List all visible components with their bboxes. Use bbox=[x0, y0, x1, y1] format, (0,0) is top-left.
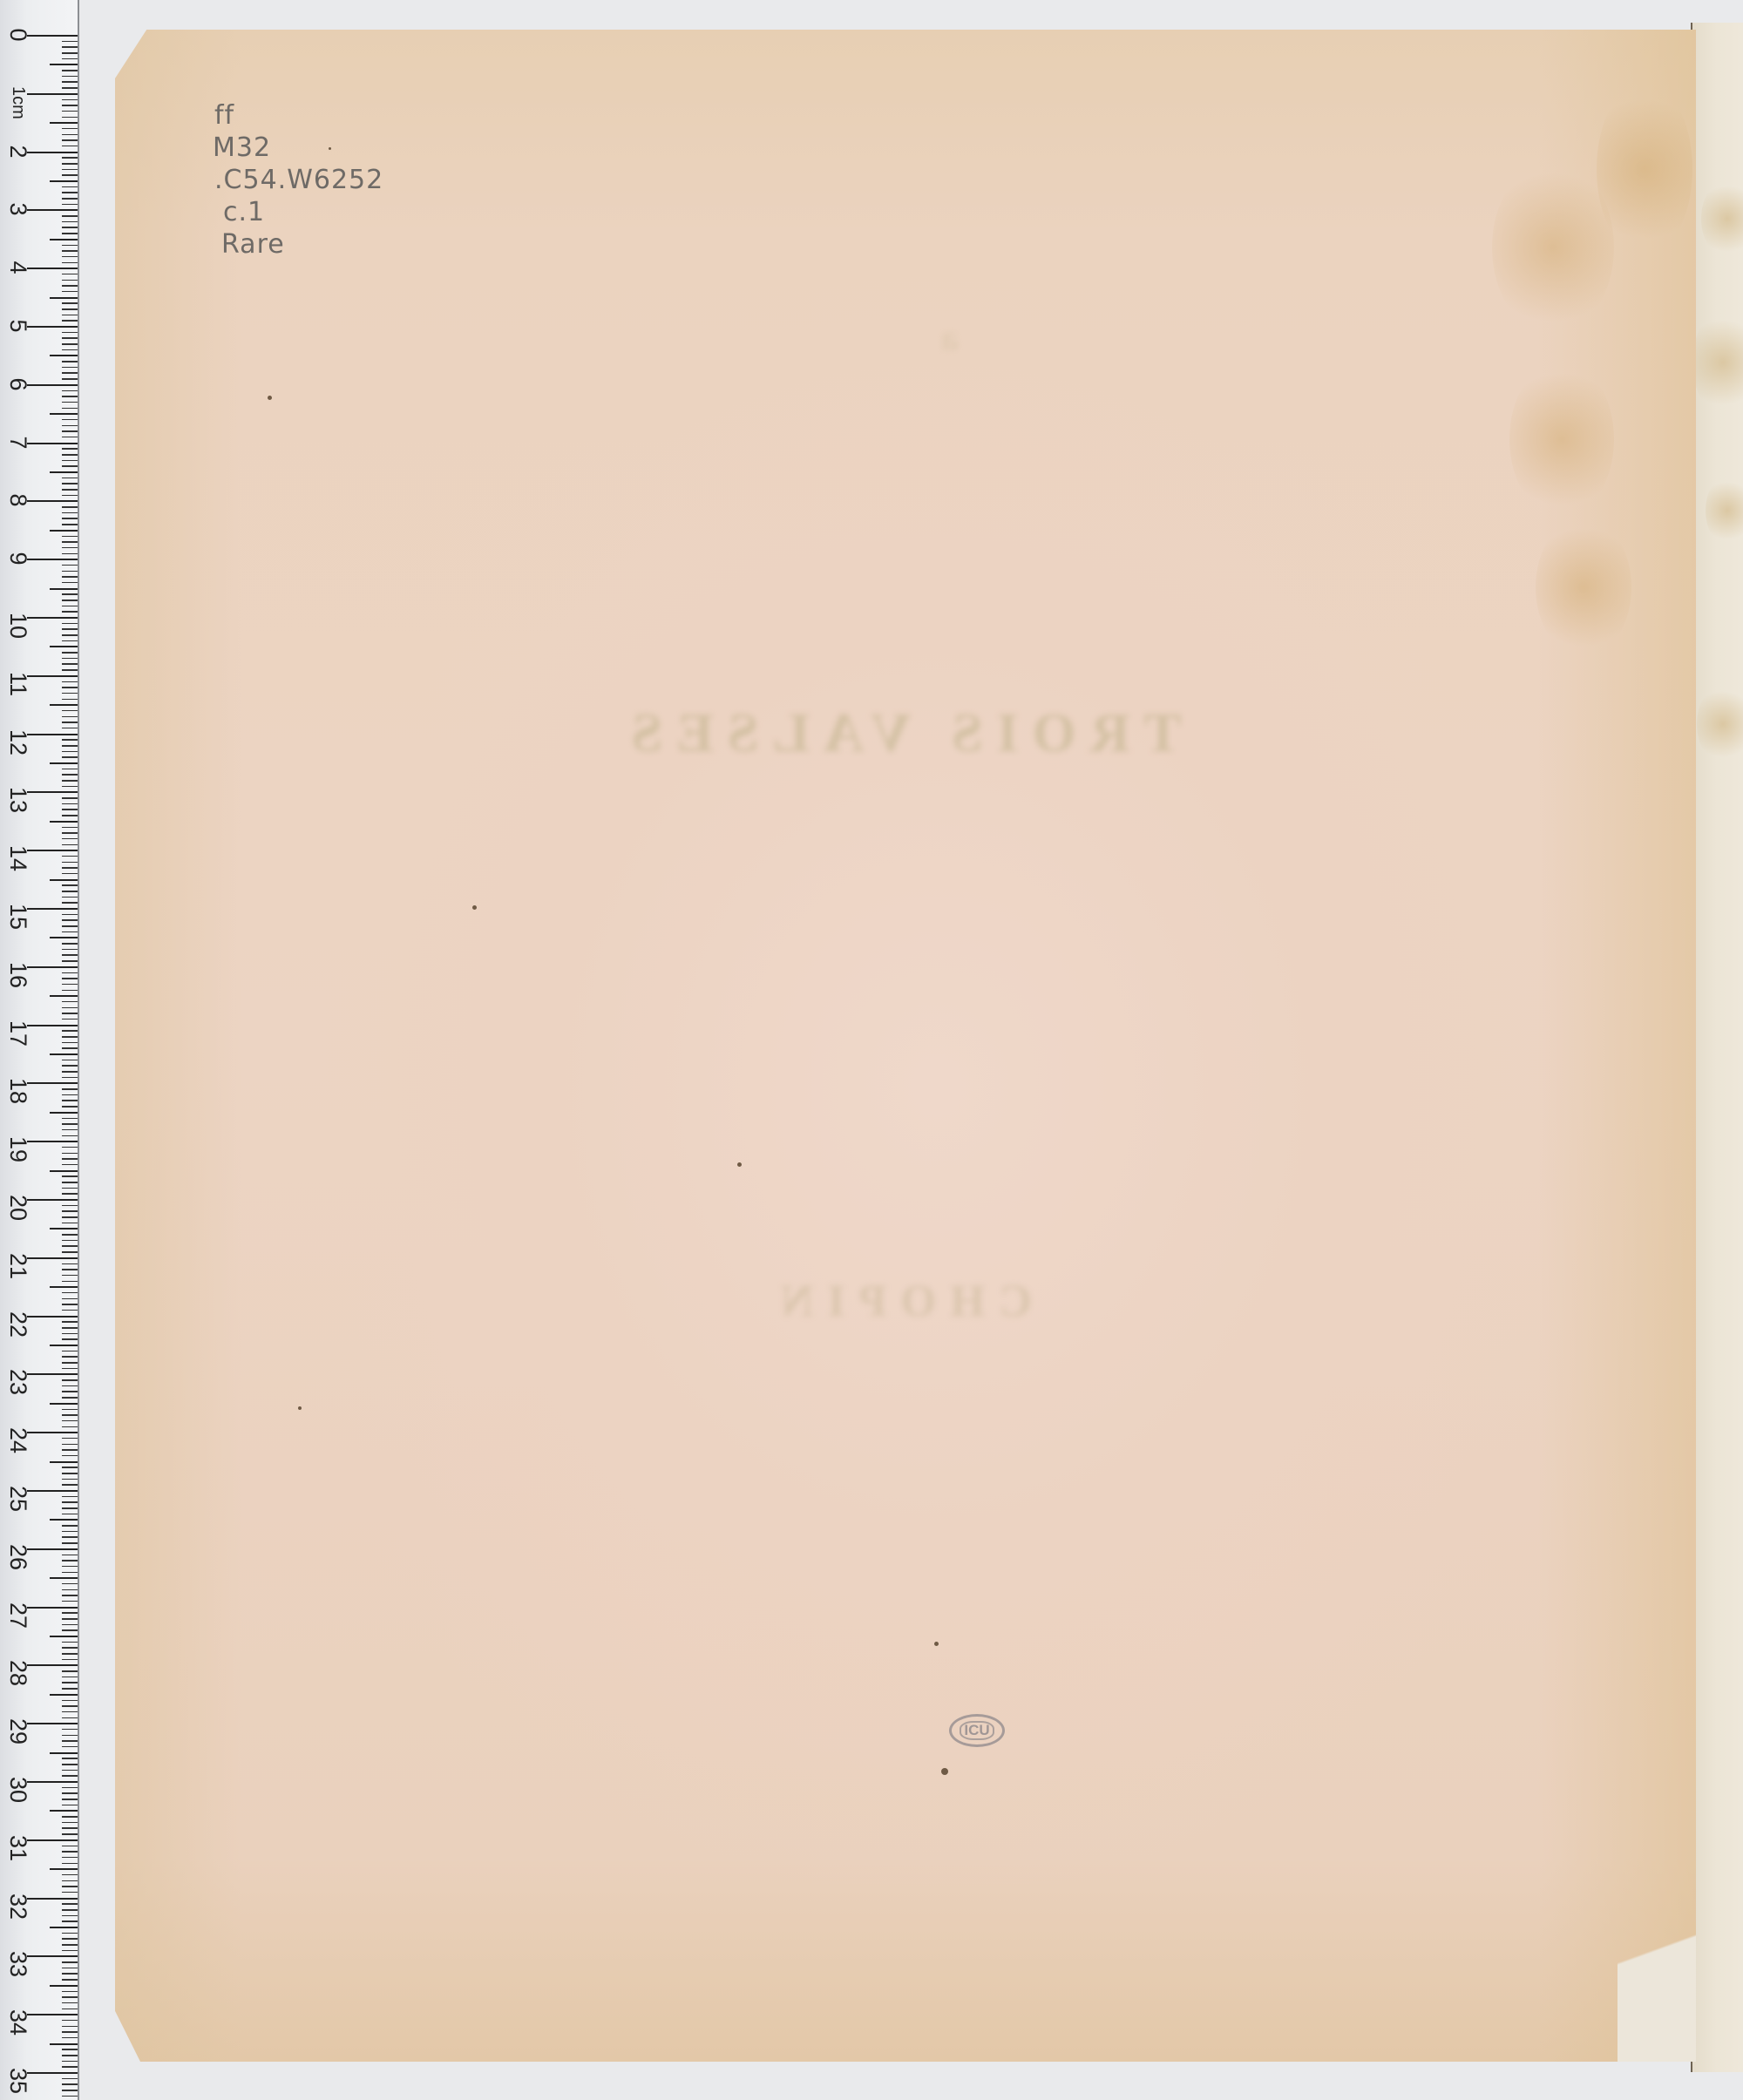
ruler-tick bbox=[62, 553, 78, 555]
ruler-label: 34 bbox=[5, 2009, 31, 2036]
ruler-tick bbox=[62, 1758, 78, 1759]
document-page: ff M32 .C54.W6252 c.1 Rare a TROIS VALSE… bbox=[115, 30, 1696, 2062]
ruler-tick bbox=[50, 762, 78, 764]
ruler-tick bbox=[62, 1484, 78, 1486]
ruler-tick bbox=[62, 990, 78, 992]
ruler-tick bbox=[62, 1833, 78, 1835]
ruler-tick bbox=[62, 1414, 78, 1416]
ruler-tick bbox=[62, 437, 78, 438]
handwritten-call-number: ff M32 .C54.W6252 c.1 Rare bbox=[213, 99, 383, 261]
call-number-line-2: M32 bbox=[213, 132, 383, 164]
ruler-tick bbox=[62, 1385, 78, 1387]
ruler-tick bbox=[62, 163, 78, 165]
ruler-tick bbox=[27, 1607, 78, 1609]
ruler-tick bbox=[62, 425, 78, 427]
ruler-tick bbox=[62, 1874, 78, 1876]
ruler-tick bbox=[62, 919, 78, 921]
ruler-tick bbox=[62, 390, 78, 392]
ruler-tick bbox=[62, 512, 78, 514]
ruler-tick bbox=[50, 1403, 78, 1405]
ruler-tick bbox=[62, 972, 78, 974]
ruler-tick bbox=[62, 1560, 78, 1561]
ruler-tick bbox=[27, 1898, 78, 1900]
ruler-tick bbox=[62, 2031, 78, 2033]
ruler-tick bbox=[27, 1082, 78, 1084]
ruler-tick bbox=[62, 1700, 78, 1702]
ruler-tick bbox=[62, 571, 78, 572]
ruler-tick bbox=[62, 1536, 78, 1538]
ruler-tick bbox=[62, 2083, 78, 2085]
ruler-tick bbox=[62, 465, 78, 467]
ruler-tick bbox=[50, 471, 78, 473]
ruler-label: 24 bbox=[5, 1427, 31, 1453]
ruler-tick bbox=[62, 867, 78, 869]
ruler-tick bbox=[62, 192, 78, 193]
ruler-tick bbox=[62, 954, 78, 956]
ruler-tick bbox=[62, 1275, 78, 1277]
ruler-label: 27 bbox=[5, 1602, 31, 1629]
ruler-tick bbox=[62, 1188, 78, 1189]
ruler-label: 15 bbox=[5, 904, 31, 930]
ruler-tick bbox=[62, 1362, 78, 1364]
ruler-label: 11 bbox=[5, 671, 31, 697]
ruler-tick bbox=[62, 1979, 78, 1981]
ruler-tick bbox=[62, 565, 78, 566]
ruler-tick bbox=[62, 1135, 78, 1137]
ruler-tick bbox=[27, 617, 78, 619]
ruler-tick bbox=[62, 786, 78, 788]
ruler-tick bbox=[62, 2055, 78, 2056]
ruler-tick bbox=[62, 1240, 78, 1242]
ruler-tick bbox=[62, 1653, 78, 1655]
ruler-tick bbox=[62, 1968, 78, 1969]
call-number-line-4: c.1 bbox=[223, 196, 383, 228]
ruler-tick bbox=[27, 326, 78, 328]
ruler-tick bbox=[27, 1025, 78, 1026]
ruler-tick bbox=[62, 716, 78, 718]
ruler-tick bbox=[62, 1310, 78, 1311]
ruler-label: 19 bbox=[5, 1136, 31, 1162]
ruler-tick bbox=[62, 489, 78, 491]
ruler-tick bbox=[62, 361, 78, 362]
ruler-tick bbox=[62, 1449, 78, 1451]
ruler-tick bbox=[62, 221, 78, 223]
ruler-tick bbox=[27, 1257, 78, 1259]
ruler-tick bbox=[50, 1461, 78, 1463]
ruler-tick bbox=[62, 1013, 78, 1014]
ruler-tick bbox=[62, 1426, 78, 1428]
ruler-tick bbox=[62, 1822, 78, 1824]
ruler-tick bbox=[62, 1321, 78, 1323]
ruler-tick bbox=[62, 134, 78, 136]
ruler-tick bbox=[62, 1175, 78, 1177]
ruler-tick bbox=[62, 478, 78, 479]
ruler-tick bbox=[62, 1799, 78, 1800]
ruler-tick bbox=[50, 995, 78, 997]
ruler-label: 30 bbox=[5, 1777, 31, 1803]
ruler-tick bbox=[27, 559, 78, 560]
ruler-tick bbox=[62, 367, 78, 369]
ruler-tick bbox=[62, 1612, 78, 1614]
ruler-tick bbox=[62, 1298, 78, 1300]
ruler-tick bbox=[62, 1938, 78, 1940]
ruler-tick bbox=[62, 81, 78, 83]
ruler-tick bbox=[62, 925, 78, 927]
ruler-tick bbox=[62, 576, 78, 578]
ruler-tick bbox=[62, 2009, 78, 2010]
ruler-tick bbox=[62, 1589, 78, 1591]
ruler-tick bbox=[62, 157, 78, 159]
ruler-tick bbox=[50, 646, 78, 647]
ruler-tick bbox=[62, 832, 78, 834]
ruler-tick bbox=[62, 1682, 78, 1683]
ruler-tick bbox=[62, 1210, 78, 1212]
ruler-tick bbox=[27, 734, 78, 735]
ruler-tick bbox=[62, 1903, 78, 1905]
ruler-tick bbox=[50, 239, 78, 240]
ruler-tick bbox=[62, 1950, 78, 1952]
ruler-tick bbox=[62, 1775, 78, 1777]
ruler-tick bbox=[62, 483, 78, 484]
ruler-tick bbox=[62, 547, 78, 549]
library-stamp-text: ICU bbox=[960, 1721, 994, 1740]
ruler-tick bbox=[62, 960, 78, 962]
ruler-label: 26 bbox=[5, 1544, 31, 1570]
ruler-tick bbox=[62, 1042, 78, 1044]
ruler-tick bbox=[62, 838, 78, 840]
ruler-tick bbox=[62, 1618, 78, 1620]
ruler-tick bbox=[62, 1583, 78, 1585]
ruler-tick bbox=[62, 87, 78, 89]
ruler-tick bbox=[62, 506, 78, 508]
ruler-tick bbox=[62, 1036, 78, 1038]
ruler-tick bbox=[62, 408, 78, 410]
ruler-tick bbox=[62, 1065, 78, 1067]
ruler-tick bbox=[62, 1944, 78, 1946]
ruler-tick bbox=[50, 1228, 78, 1230]
ruler-tick bbox=[27, 675, 78, 677]
ruler-tick bbox=[62, 844, 78, 846]
ruler-tick bbox=[50, 297, 78, 299]
ruler-tick bbox=[62, 693, 78, 694]
ruler-tick bbox=[62, 611, 78, 613]
ruler-tick bbox=[62, 1857, 78, 1859]
ruler-tick bbox=[50, 355, 78, 356]
ruler-tick bbox=[62, 1263, 78, 1265]
ruler-label: 10 bbox=[5, 613, 31, 639]
ruler-tick bbox=[62, 856, 78, 857]
ruler-tick bbox=[62, 2090, 78, 2091]
ruler-tick bbox=[62, 862, 78, 864]
ruler-tick bbox=[62, 536, 78, 538]
ruler-tick bbox=[62, 1920, 78, 1922]
ruler-tick bbox=[27, 791, 78, 793]
ruler-tick bbox=[62, 1060, 78, 1061]
ruler-label: 8 bbox=[5, 487, 31, 513]
ruler-tick bbox=[62, 640, 78, 642]
ruler-tick bbox=[62, 1071, 78, 1073]
ruler-tick bbox=[62, 2049, 78, 2050]
call-number-line-3: .C54.W6252 bbox=[214, 164, 383, 196]
ruler-tick bbox=[62, 1892, 78, 1893]
ruler-label: 16 bbox=[5, 962, 31, 988]
ruler-tick bbox=[62, 774, 78, 776]
ruler-tick bbox=[50, 1345, 78, 1346]
ruler-label: 20 bbox=[5, 1195, 31, 1221]
ruler-label: 12 bbox=[5, 729, 31, 755]
ruler-tick bbox=[62, 419, 78, 421]
call-number-line-5: Rare bbox=[221, 228, 383, 261]
ruler-tick bbox=[62, 1251, 78, 1253]
ruler-tick bbox=[62, 658, 78, 660]
ruler-tick bbox=[62, 687, 78, 688]
ruler-tick bbox=[27, 1781, 78, 1783]
ruler-label: 13 bbox=[5, 787, 31, 813]
ruler-tick bbox=[62, 815, 78, 816]
ruler-label: 18 bbox=[5, 1078, 31, 1104]
ruler-tick bbox=[62, 1746, 78, 1748]
ruler-tick bbox=[50, 1752, 78, 1754]
ruler-tick bbox=[62, 1118, 78, 1120]
ruler-tick bbox=[62, 1007, 78, 1009]
worn-corner bbox=[1618, 1835, 1696, 2062]
ruler-label: 31 bbox=[5, 1835, 31, 1861]
ruler-tick bbox=[62, 1338, 78, 1340]
ruler-tick bbox=[62, 1717, 78, 1719]
ruler-tick bbox=[62, 1356, 78, 1358]
ruler-tick bbox=[62, 1705, 78, 1707]
ruler-tick bbox=[62, 233, 78, 234]
ruler-tick bbox=[62, 593, 78, 595]
ruler-tick bbox=[62, 245, 78, 247]
ruler-tick bbox=[62, 1379, 78, 1381]
ruler-tick bbox=[62, 117, 78, 119]
ruler-tick bbox=[62, 1991, 78, 1993]
ruler-tick bbox=[62, 448, 78, 450]
ruler-label: 4 bbox=[5, 254, 31, 281]
ruler-tick bbox=[62, 378, 78, 380]
ruler-tick bbox=[62, 302, 78, 304]
ruler-tick bbox=[62, 1961, 78, 1963]
ruler-tick bbox=[62, 105, 78, 106]
ruler-tick bbox=[62, 1205, 78, 1207]
ruler-tick bbox=[62, 70, 78, 71]
ruler-tick bbox=[62, 1688, 78, 1690]
ruler-tick bbox=[62, 262, 78, 264]
ruler-tick bbox=[62, 1216, 78, 1218]
ruler-tick bbox=[62, 978, 78, 979]
ruler-tick bbox=[50, 1636, 78, 1637]
ruler-tick bbox=[62, 1164, 78, 1166]
ruler-tick bbox=[50, 588, 78, 590]
ruler-label: 3 bbox=[5, 196, 31, 222]
ruler-tick bbox=[62, 1397, 78, 1399]
ruler-tick bbox=[62, 1234, 78, 1236]
ruler-tick bbox=[62, 169, 78, 171]
ruler-label: 6 bbox=[5, 371, 31, 397]
ruler-tick bbox=[62, 99, 78, 101]
ruler-tick bbox=[62, 337, 78, 339]
ruler-tick bbox=[62, 756, 78, 758]
ruler-tick bbox=[62, 1601, 78, 1602]
ruler-label: 23 bbox=[5, 1369, 31, 1395]
ruler-tick bbox=[27, 908, 78, 910]
ruler-tick bbox=[62, 1193, 78, 1195]
ruler-tick bbox=[62, 1182, 78, 1183]
ruler-tick bbox=[62, 606, 78, 607]
ruler-tick bbox=[62, 710, 78, 712]
call-number-line-1: ff bbox=[214, 99, 383, 132]
ruler-tick bbox=[62, 146, 78, 147]
ruler-tick bbox=[62, 1764, 78, 1765]
ruler-tick bbox=[62, 541, 78, 543]
ruler-tick bbox=[50, 64, 78, 65]
ruler-tick bbox=[27, 35, 78, 37]
ruler-tick bbox=[62, 2020, 78, 2022]
ruler-tick bbox=[27, 1316, 78, 1318]
ruler-tick bbox=[62, 884, 78, 886]
ruler-tick bbox=[62, 1996, 78, 1998]
ruler-tick bbox=[62, 681, 78, 683]
ruler-tick bbox=[62, 1514, 78, 1515]
ruler-tick bbox=[62, 1455, 78, 1457]
ruler-tick bbox=[62, 1351, 78, 1352]
ruler-tick bbox=[62, 495, 78, 497]
ruler-tick bbox=[27, 1723, 78, 1724]
ruler-tick bbox=[62, 1915, 78, 1917]
ruler-tick bbox=[62, 721, 78, 723]
ruler-label: 7 bbox=[5, 430, 31, 456]
ruler-tick bbox=[62, 1129, 78, 1131]
ruler-tick bbox=[62, 797, 78, 799]
ruler-tick bbox=[62, 1019, 78, 1020]
ruler-tick bbox=[62, 1501, 78, 1503]
ruler-tick bbox=[27, 268, 78, 269]
ruler-tick bbox=[27, 966, 78, 968]
ruler-tick bbox=[62, 46, 78, 48]
ruler-tick bbox=[62, 332, 78, 334]
ruler-tick bbox=[27, 1373, 78, 1375]
ruler-tick bbox=[62, 1792, 78, 1794]
ruler-tick bbox=[62, 1507, 78, 1509]
ruler-tick bbox=[62, 1531, 78, 1533]
ruler-tick bbox=[62, 2096, 78, 2097]
ruler-tick bbox=[62, 1647, 78, 1649]
ruler-tick bbox=[27, 384, 78, 386]
ruler-tick bbox=[62, 634, 78, 636]
show-through-title: TROIS VALSES bbox=[594, 701, 1204, 765]
ruler-tick bbox=[62, 699, 78, 701]
ruler-tick bbox=[62, 728, 78, 729]
ruler-tick bbox=[62, 931, 78, 933]
ruler-tick bbox=[50, 1985, 78, 1987]
ruler-tick bbox=[62, 803, 78, 805]
ruler-tick bbox=[62, 1479, 78, 1480]
ruler-tick bbox=[62, 1223, 78, 1224]
ruler-tick bbox=[62, 1409, 78, 1411]
ruler-tick bbox=[62, 198, 78, 200]
ruler-tick bbox=[62, 430, 78, 432]
ruler-tick bbox=[50, 1694, 78, 1696]
ruler-tick bbox=[62, 943, 78, 945]
ruler-tick bbox=[62, 349, 78, 351]
ruler-tick bbox=[62, 518, 78, 519]
ruler-tick bbox=[62, 628, 78, 630]
ruler-tick bbox=[62, 1030, 78, 1032]
ruler-tick bbox=[62, 1100, 78, 1101]
ruler-tick bbox=[50, 122, 78, 124]
ruler-tick bbox=[27, 1839, 78, 1841]
ruler-tick bbox=[62, 1846, 78, 1847]
ruler-tick bbox=[62, 1467, 78, 1468]
ruler-tick bbox=[62, 1787, 78, 1789]
ruler-tick bbox=[50, 821, 78, 823]
ruler-label: 14 bbox=[5, 845, 31, 871]
ruler-tick bbox=[62, 250, 78, 252]
ruler-tick bbox=[62, 1269, 78, 1270]
ruler-label: 28 bbox=[5, 1660, 31, 1686]
ruler-tick bbox=[62, 1566, 78, 1568]
ruler-tick bbox=[27, 1490, 78, 1492]
ruler-tick bbox=[62, 1304, 78, 1305]
ruler-tick bbox=[62, 285, 78, 287]
ruler-tick bbox=[62, 139, 78, 141]
ruler-tick bbox=[62, 623, 78, 625]
ruler-tick bbox=[62, 1077, 78, 1079]
ruler-tick bbox=[62, 215, 78, 217]
ruler-tick bbox=[62, 827, 78, 829]
ruler-tick bbox=[62, 1629, 78, 1631]
ruler-tick bbox=[62, 52, 78, 54]
ruler-tick bbox=[50, 1170, 78, 1172]
ruler-tick bbox=[27, 850, 78, 851]
ruler-tick bbox=[62, 111, 78, 112]
library-stamp: ICU bbox=[949, 1714, 1005, 1747]
ruler-tick bbox=[50, 530, 78, 532]
ruler-tick bbox=[62, 1677, 78, 1678]
ruler-tick bbox=[62, 1147, 78, 1148]
ruler-tick bbox=[50, 937, 78, 938]
ruler-tick bbox=[62, 1047, 78, 1049]
ruler-tick bbox=[27, 500, 78, 502]
ruler-tick bbox=[62, 1740, 78, 1742]
ruler-tick bbox=[50, 1868, 78, 1870]
ruler-tick bbox=[62, 949, 78, 951]
ruler-tick bbox=[62, 891, 78, 892]
ruler-tick bbox=[62, 1735, 78, 1737]
ruler-tick bbox=[62, 897, 78, 898]
ruler-tick bbox=[62, 1851, 78, 1853]
ruler-tick bbox=[27, 2072, 78, 2074]
ruler-tick bbox=[62, 1368, 78, 1370]
ruler-tick bbox=[62, 600, 78, 601]
ruler-label: 22 bbox=[5, 1311, 31, 1338]
ruler-tick bbox=[62, 1555, 78, 1556]
ruler-tick bbox=[62, 1642, 78, 1643]
measuring-ruler: 0234567891011121314151617181920212223242… bbox=[0, 0, 79, 2100]
ruler-tick bbox=[62, 1292, 78, 1294]
ruler-tick bbox=[62, 1729, 78, 1731]
ruler-tick bbox=[62, 454, 78, 456]
ruler-tick bbox=[62, 1770, 78, 1771]
ruler-tick bbox=[27, 1955, 78, 1957]
ruler-unit-label: 1cm bbox=[5, 86, 31, 112]
ruler-tick bbox=[62, 745, 78, 747]
ruler-tick bbox=[62, 751, 78, 753]
ruler-tick bbox=[62, 2002, 78, 2004]
ruler-tick bbox=[62, 873, 78, 875]
ruler-tick bbox=[62, 1438, 78, 1440]
